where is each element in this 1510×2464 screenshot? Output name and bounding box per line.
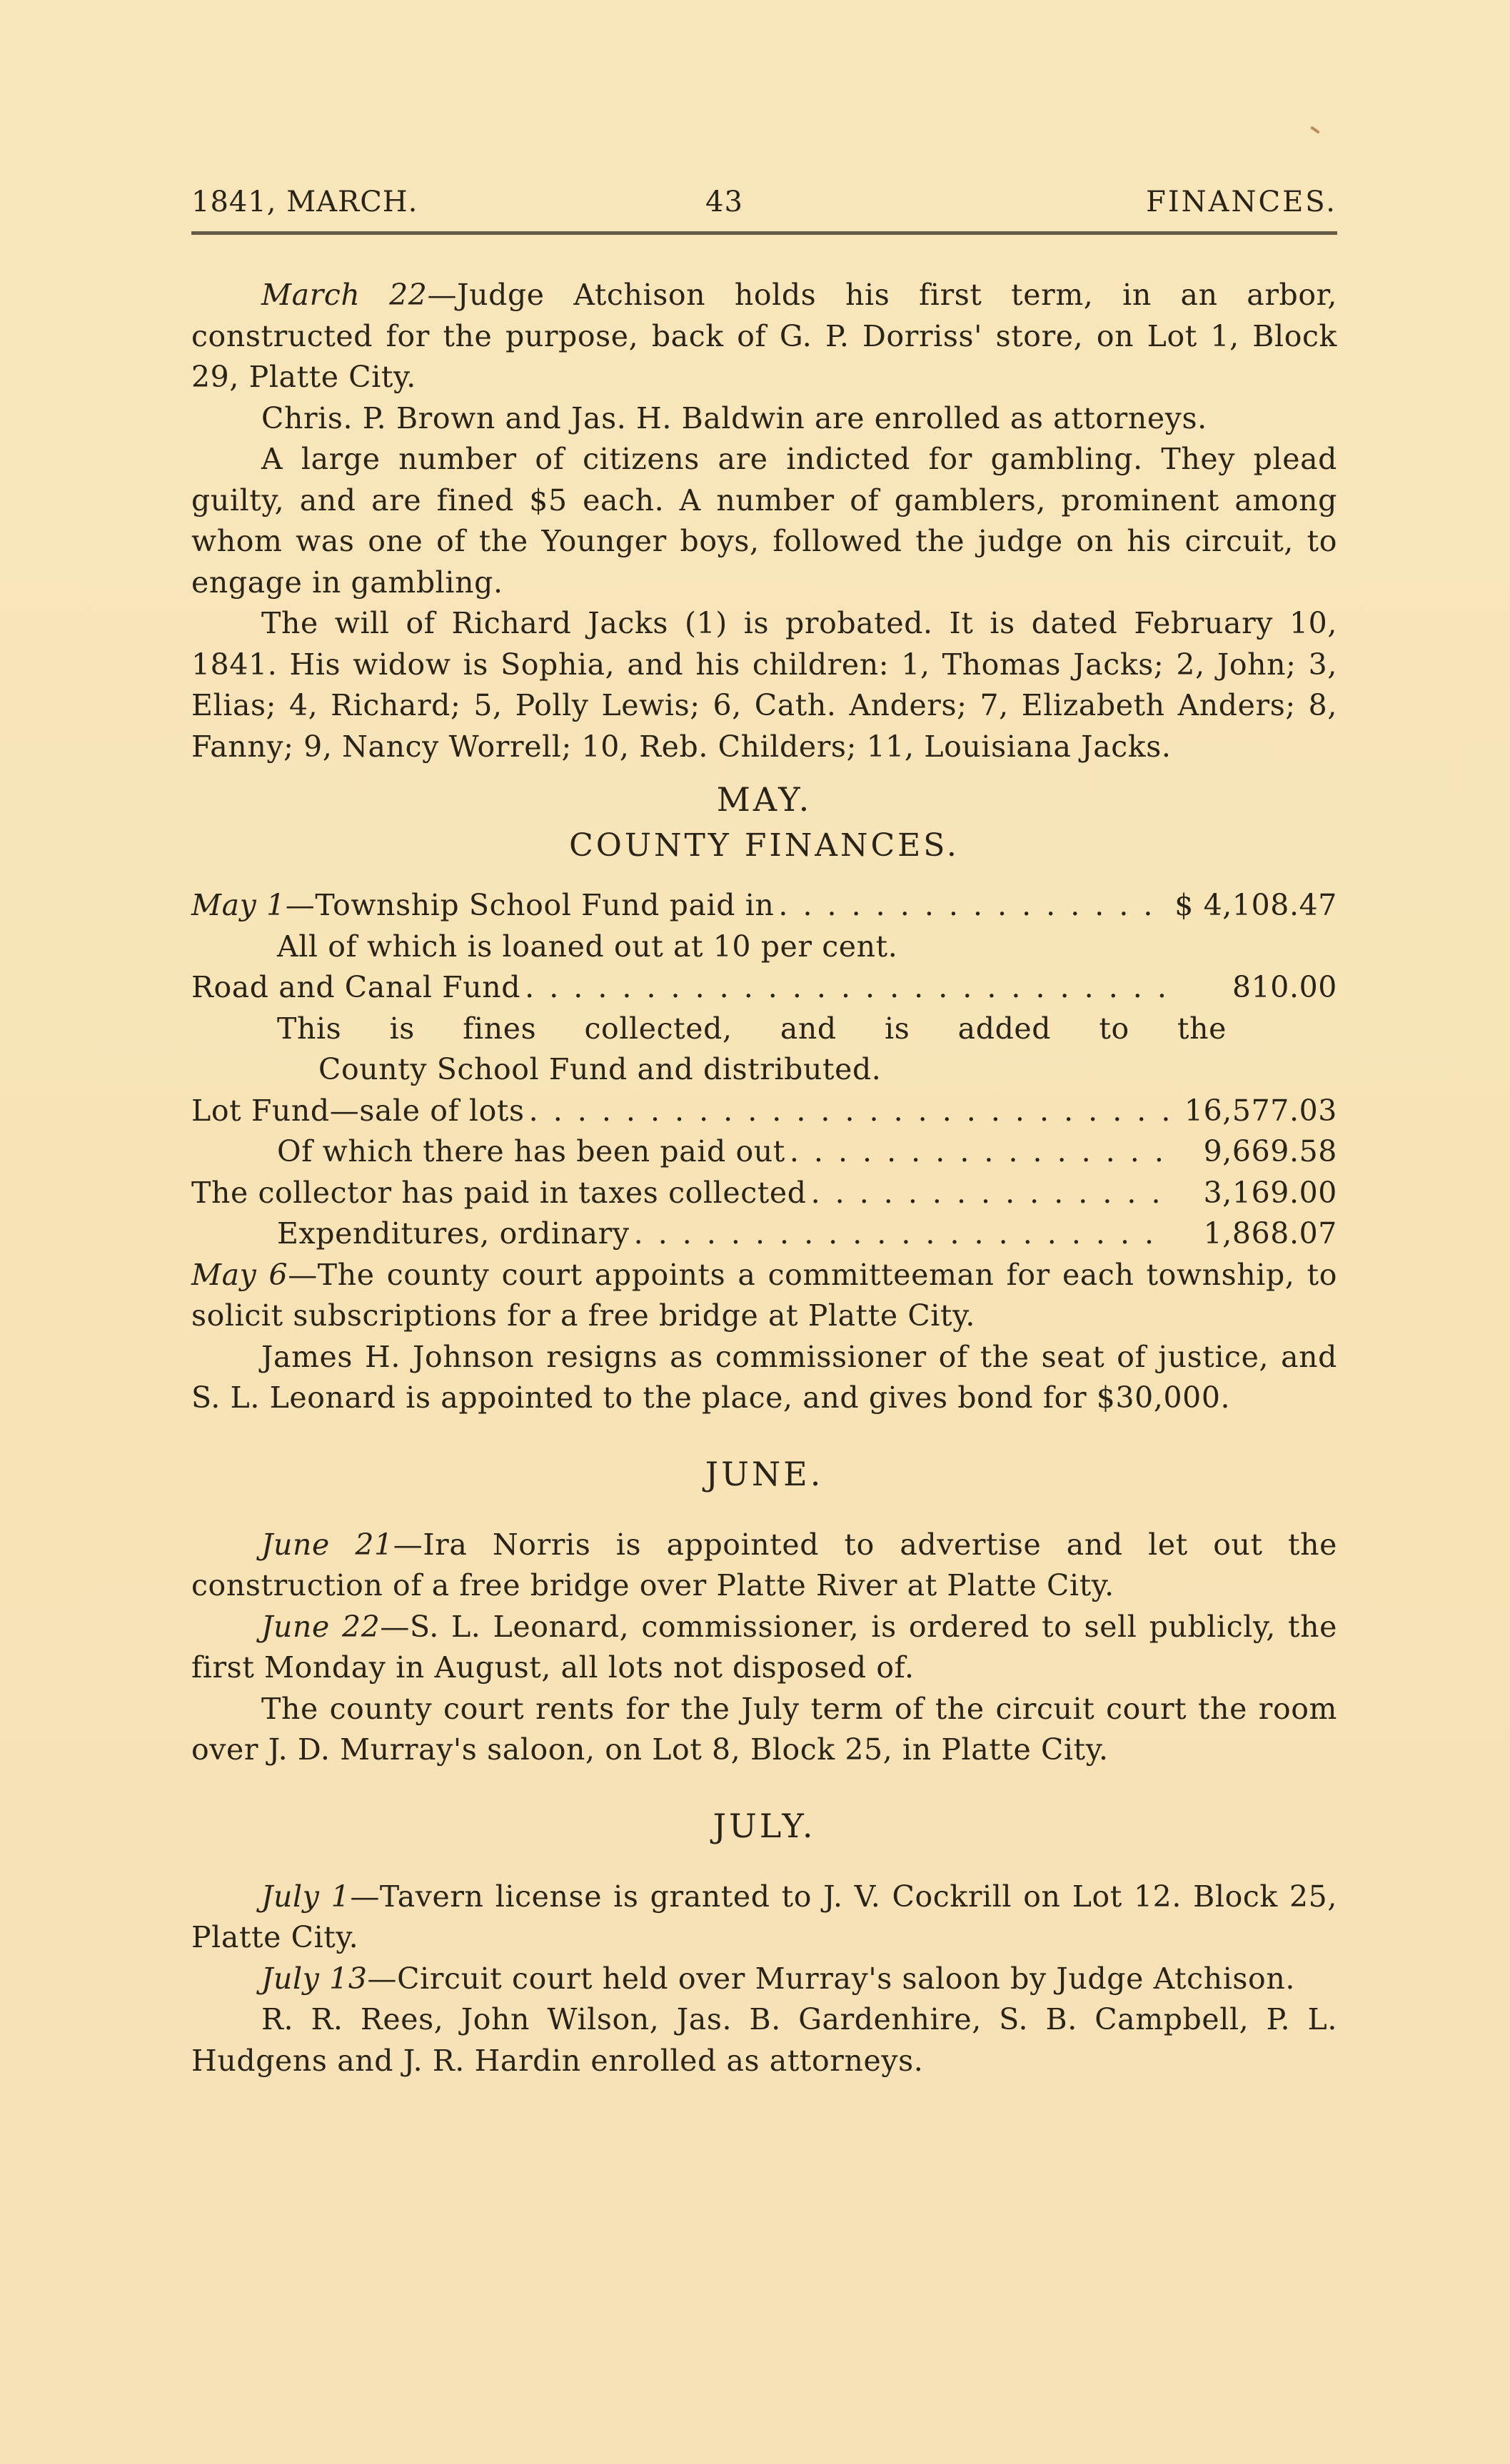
entry-date: June 21 (261, 1528, 393, 1562)
rent-paragraph: The county court rents for the July term… (191, 1689, 1337, 1771)
header-rule (191, 231, 1337, 235)
ledger-amount: 16,577.03 (1173, 1091, 1337, 1132)
dot-leader (778, 885, 1169, 926)
ledger-row-township-school-fund: May 1—Township School Fund paid in $ 4,1… (191, 885, 1337, 926)
ledger-amount: $ 4,108.47 (1173, 885, 1337, 926)
ledger-note: This is fines collected, and is added to… (191, 1009, 1227, 1050)
finance-ledger: May 1—Township School Fund paid in $ 4,1… (191, 885, 1337, 1255)
entry-text: —Tavern license is granted to J. V. Cock… (191, 1879, 1337, 1955)
ledger-label: Of which there has been paid out (277, 1131, 785, 1173)
will-paragraph: The will of Richard Jacks (1) is probate… (191, 603, 1337, 767)
johnson-paragraph: James H. Johnson resigns as commissioner… (191, 1337, 1337, 1419)
entry-text: —The county court appoints a committeema… (191, 1258, 1337, 1333)
section-heading-july: JULY. (191, 1807, 1337, 1845)
book-page: 1841, MARCH. 43 FINANCES. March 22—Judge… (191, 186, 1337, 2081)
dot-leader (525, 967, 1169, 1009)
section-heading-may: MAY. (191, 780, 1337, 819)
entry-date: March 22 (261, 278, 427, 312)
ledger-label-text: —Township School Fund paid in (286, 888, 775, 922)
ledger-row-lot-fund: Lot Fund—sale of lots 16,577.03 (191, 1091, 1337, 1132)
section-heading-june: JUNE. (191, 1455, 1337, 1493)
dot-leader (634, 1213, 1169, 1255)
ledger-row-paid-out: Of which there has been paid out 9,669.5… (191, 1131, 1337, 1173)
paper-blemish (1310, 126, 1320, 133)
running-head: 1841, MARCH. 43 FINANCES. (191, 186, 1337, 228)
may-6-entry: May 6—The county court appoints a commit… (191, 1255, 1337, 1337)
running-head-left: 1841, MARCH. (191, 186, 418, 218)
ledger-note: County School Fund and distributed. (191, 1049, 1337, 1091)
ledger-label: Expenditures, ordinary (277, 1213, 630, 1255)
page-number: 43 (705, 186, 743, 218)
ledger-row-expenditures: Expenditures, ordinary 1,868.07 (191, 1213, 1337, 1255)
march-attorneys-paragraph: Chris. P. Brown and Jas. H. Baldwin are … (191, 398, 1337, 440)
ledger-amount: 810.00 (1173, 967, 1337, 1009)
ledger-label: The collector has paid in taxes collecte… (191, 1173, 807, 1214)
ledger-amount: 9,669.58 (1173, 1131, 1337, 1173)
july-1-entry: July 1—Tavern license is granted to J. V… (191, 1877, 1337, 1959)
july-attorneys-paragraph: R. R. Rees, John Wilson, Jas. B. Gardenh… (191, 1999, 1337, 2081)
dot-leader (790, 1131, 1169, 1173)
section-subheading-county-finances: COUNTY FINANCES. (191, 827, 1337, 864)
june-22-entry: June 22—S. L. Leonard, commissioner, is … (191, 1607, 1337, 1689)
ledger-row-road-canal-fund: Road and Canal Fund 810.00 (191, 967, 1337, 1009)
ledger-label: Road and Canal Fund (191, 967, 520, 1009)
entry-date: May 6 (191, 1258, 288, 1292)
march-22-entry: March 22—Judge Atchison holds his first … (191, 275, 1337, 398)
entry-date: July 1 (261, 1879, 350, 1914)
ledger-amount: 3,169.00 (1173, 1173, 1337, 1214)
entry-date: June 22 (261, 1610, 380, 1644)
ledger-note: All of which is loaned out at 10 per cen… (191, 926, 1337, 968)
june-21-entry: June 21—Ira Norris is appointed to adver… (191, 1525, 1337, 1607)
july-13-entry: July 13—Circuit court held over Murray's… (191, 1959, 1337, 2000)
running-head-right: FINANCES. (1146, 186, 1337, 218)
ledger-amount: 1,868.07 (1173, 1213, 1337, 1255)
entry-text: —Circuit court held over Murray's saloon… (368, 1961, 1295, 1996)
gambling-paragraph: A large number of citizens are indicted … (191, 439, 1337, 603)
ledger-row-taxes-collected: The collector has paid in taxes collecte… (191, 1173, 1337, 1214)
entry-date: May 1 (191, 888, 286, 922)
dot-leader (529, 1091, 1169, 1132)
ledger-label: May 1—Township School Fund paid in (191, 885, 774, 926)
ledger-label: Lot Fund—sale of lots (191, 1091, 525, 1132)
dot-leader (811, 1173, 1169, 1214)
entry-date: July 13 (261, 1961, 368, 1996)
